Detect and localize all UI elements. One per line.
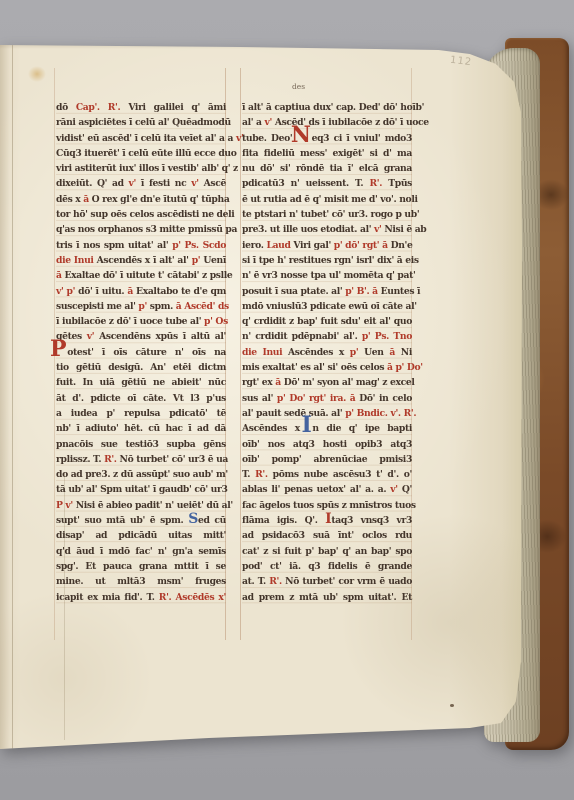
- text-segment: Nisi ē abieo padit' n' ueiēt' dū al': [76, 500, 233, 511]
- text-segment: cat' z si fuit p' bap' q' an bap' spo: [242, 546, 412, 557]
- text-column-left: dō Cap'. R'. Viri galilei q' āmirāni asp…: [56, 100, 226, 606]
- text-segment: O rex gl'e dn'e ītutū q' tūpha: [92, 194, 230, 205]
- text-segment: n die q' ipe bapti: [312, 423, 412, 434]
- text-segment: p' Ps. Scdo: [172, 240, 226, 251]
- text-segment: Laud: [266, 240, 293, 251]
- text-line: ī iubilacōe z dō' ī uoce tube al' p' Os: [56, 314, 226, 329]
- text-line: mine. ut mltā3 msm' fruges: [56, 574, 226, 589]
- text-line: mis exaltat' es al' si' oēs celos ā p' D…: [242, 360, 412, 375]
- text-segment: si ī tpe h' restitues rgn' isrl' dix' ā …: [242, 255, 419, 266]
- text-segment: R'.: [369, 178, 388, 189]
- text-line: P v' Nisi ē abieo padit' n' ueiēt' dū al…: [56, 498, 226, 513]
- text-segment: Ni: [401, 347, 412, 358]
- text-line: T. R'. pōms nube ascēsu3 t' d'. o': [242, 467, 412, 482]
- text-line: āt d'. pdicte oī cāte. Vt l3 p'us: [56, 391, 226, 406]
- ink-speck: [450, 704, 454, 707]
- text-segment: v': [191, 178, 203, 189]
- text-segment: v': [390, 484, 402, 495]
- text-segment: ī festi nc: [141, 178, 191, 189]
- text-segment: mine. ut mltā3 msm' fruges: [56, 576, 226, 587]
- text-segment: pōms nube ascēsu3 t' d'. o': [273, 469, 412, 480]
- text-segment: Nisi ē ab: [384, 224, 426, 235]
- text-segment: oīb' pomp' abrenūciae pmisi3: [242, 454, 412, 465]
- text-line: Potest' ī oīs cāture n' oīs na: [56, 345, 226, 360]
- photo-background: 112 des dō Cap'. R'. Viri galilei q' āmi…: [0, 0, 574, 800]
- text-line: ablas li' penas uetox' al' a. a. v' Q': [242, 482, 412, 497]
- text-segment: tor hō' sup oēs celos ascēdisti ne deli: [56, 209, 234, 220]
- text-line: rgt' ex ā Dō' m' syon al' mag' z excel: [242, 375, 412, 390]
- text-segment: Exaltabo te d'e qm: [136, 286, 226, 297]
- text-segment: icapit ex mia fid'. T.: [56, 592, 159, 603]
- text-line: viri astiterūt iux' illos ī vestib' alb'…: [56, 161, 226, 176]
- text-segment: Nō turbet' cor vrm ē uado: [285, 576, 412, 587]
- text-line: cat' z si fuit p' bap' q' an bap' spo: [242, 544, 412, 559]
- text-segment: nu dō' si' rōndē tia ī' elcā grana: [242, 163, 412, 174]
- text-segment: dō: [56, 102, 76, 113]
- manuscript-page: 112 des dō Cap'. R'. Viri galilei q' āmi…: [0, 42, 522, 750]
- text-segment: dixeiūt. Q' ad: [56, 178, 129, 189]
- text-segment: mis exaltat' es al' si' oēs celos: [242, 362, 387, 373]
- text-segment: Viri gal': [293, 240, 333, 251]
- text-segment: iero.: [242, 240, 266, 251]
- text-segment: vidist' eū ascēd' ī celū ita veīet al' a…: [56, 133, 236, 144]
- text-line: rāni aspiciētes ī celū al' Quēadmodū: [56, 115, 226, 130]
- text-segment: die Inui: [56, 255, 97, 266]
- text-segment: al' pauit sedē suā. al': [242, 408, 345, 419]
- text-line: vidist' eū ascēd' ī celū ita veīet al' a…: [56, 131, 226, 146]
- gutter-shadow: [0, 42, 13, 750]
- text-segment: ablas li' penas uetox' al' a. a.: [242, 484, 390, 495]
- text-line: suscepisti me al' p' spm. ā Ascēd' ds: [56, 299, 226, 314]
- text-line: ē ut rutia ad ē q' misit me d' vo'. noli: [242, 192, 412, 207]
- text-segment: Q': [402, 484, 412, 495]
- text-segment: dēs x: [56, 194, 83, 205]
- text-segment: do ad pre3. z dū assūpt' suo aub' m': [56, 469, 228, 480]
- text-segment: Dō' m' syon al' mag' z excel: [284, 377, 415, 388]
- text-line: dixeiūt. Q' ad v' ī festi nc v' Ascē: [56, 176, 226, 191]
- text-segment: sus al': [242, 393, 277, 404]
- text-segment: tris ī nos spm uitat' al': [56, 240, 172, 251]
- text-line: tor hō' sup oēs celos ascēdisti ne deli: [56, 207, 226, 222]
- text-segment: rgt' ex: [242, 377, 275, 388]
- text-segment: p' dō' rgt' ā: [334, 240, 391, 251]
- text-line: Cūq3 ituerēt' ī celū eūte illū ecce duo: [56, 146, 226, 161]
- text-line: v' p' dō' ī uitu. ā Exaltabo te d'e qm: [56, 284, 226, 299]
- text-segment: R'.: [269, 576, 285, 587]
- text-segment: Viri galilei q' āmi: [128, 102, 226, 113]
- text-segment: p': [192, 255, 204, 266]
- text-segment: p' Do' rgt' ira. ā: [277, 393, 359, 404]
- text-segment: spm.: [150, 301, 176, 312]
- text-line: a iudea p' repulsa pdicatō' tē: [56, 406, 226, 421]
- text-segment: ā Ascēd' ds: [176, 301, 229, 312]
- text-line: pdicatū3 n' ueissent. T. R'. Tpūs: [242, 176, 412, 191]
- text-line: n' ē vr3 nosse tpa ul' momēta q' pat': [242, 268, 412, 283]
- text-segment: oīb' nos atq3 hosti opib3 atq3: [242, 439, 412, 450]
- text-line: fuit. In uiā gētiū ne abieit' nūc: [56, 375, 226, 390]
- text-segment: v': [265, 117, 275, 128]
- text-line: Ascēndes x In die q' ipe bapti: [242, 421, 412, 436]
- illuminated-initial: I: [301, 419, 311, 432]
- text-segment: ā: [275, 377, 283, 388]
- text-line: ad prem z mtā ub' spm uitat'. Et: [242, 590, 412, 605]
- text-segment: pdicatū3 n' ueissent. T.: [242, 178, 369, 189]
- text-line: dēs x ā O rex gl'e dn'e ītutū q' tūpha: [56, 192, 226, 207]
- text-segment: ē ut rutia ad ē q' misit me d' vo'. noli: [242, 194, 418, 205]
- text-line: supt' suo mtā ub' ē spm. Sed cū: [56, 513, 226, 528]
- text-line: oīb' nos atq3 hosti opib3 atq3: [242, 437, 412, 452]
- text-segment: p': [138, 301, 149, 312]
- text-line: nu dō' si' rōndē tia ī' elcā grana: [242, 161, 412, 176]
- text-line: q'd āud ī mdō fac' n' gn'a semīs: [56, 544, 226, 559]
- text-line: rplissz. T. R'. Nō turbet' cō' ur3 ē ua: [56, 452, 226, 467]
- text-segment: p' Ps. Tno: [362, 331, 412, 342]
- text-line: fita fideliū mess' exigēt' si d' ma: [242, 146, 412, 161]
- text-line: al' pauit sedē suā. al' p' Bndic. v'. R'…: [242, 406, 412, 421]
- text-line: dō Cap'. R'. Viri galilei q' āmi: [56, 100, 226, 115]
- text-line: q' crdidit z bap' fuit sdu' eit al' quo: [242, 314, 412, 329]
- text-segment: tube. Deo': [242, 133, 297, 144]
- text-line: iero. Laud Viri gal' p' dō' rgt' ā Dn'e: [242, 238, 412, 253]
- text-segment: pnacōis sue testiō3 supba gēns: [56, 439, 226, 450]
- ruling-line-inner-right: [240, 68, 241, 640]
- text-line: flāma igis. Q'. Itaq3 vnsq3 vr3: [242, 513, 412, 528]
- text-line: te ptstari n' tubet' cō' ur3. rogo p ub': [242, 207, 412, 222]
- text-line: spg'. Et pauca grana mttit ī se: [56, 559, 226, 574]
- text-segment: āt d'. pdicte oī cāte. Vt l3 p'us: [56, 393, 226, 404]
- book: 112 des dō Cap'. R'. Viri galilei q' āmi…: [0, 0, 574, 800]
- text-segment: ā: [389, 347, 400, 358]
- text-segment: Euntes ī: [381, 286, 421, 297]
- text-segment: te ptstari n' tubet' cō' ur3. rogo p ub': [242, 209, 419, 220]
- text-line: ad psidacō3 suā īnt' oclos rdu: [242, 528, 412, 543]
- text-segment: p': [350, 347, 364, 358]
- text-segment: rplissz. T.: [56, 454, 104, 465]
- stain: [28, 66, 46, 82]
- text-segment: ad prem z mtā ub' spm uitat'. Et: [242, 592, 412, 603]
- text-line: pnacōis sue testiō3 supba gēns: [56, 437, 226, 452]
- text-line: ī alt' ā captiua dux' cap. Ded' dō' hoīb…: [242, 100, 412, 115]
- text-segment: eq3 ci ī vniul' mdo3: [312, 133, 412, 144]
- quire-signature: des: [292, 82, 305, 91]
- text-segment: ad psidacō3 suā īnt' oclos rdu: [242, 530, 412, 541]
- text-segment: ed cū: [198, 515, 226, 526]
- text-line: n' crdidit pdēpnabi' al'. p' Ps. Tno: [242, 329, 412, 344]
- text-segment: ā p' Do': [387, 362, 423, 373]
- text-segment: mdō vniuslū3 pdicate ewū oī cāte al': [242, 301, 417, 312]
- text-line: disap' ad pdicādū uitas mitt': [56, 528, 226, 543]
- text-line: tris ī nos spm uitat' al' p' Ps. Scdo: [56, 238, 226, 253]
- text-segment: dō' ī uitu.: [78, 286, 127, 297]
- text-line: tio gētiū desigū. An' etēi dictm: [56, 360, 226, 375]
- text-segment: v': [129, 178, 141, 189]
- text-segment: v': [374, 224, 384, 235]
- text-segment: ī iubilacōe z dō' ī uoce tube al': [56, 316, 204, 327]
- text-segment: T.: [242, 469, 255, 480]
- text-segment: q'as nos orphanos s3 mitte pmissū pa: [56, 224, 237, 235]
- text-segment: p' Os: [204, 316, 228, 327]
- text-segment: pod' ct' iā. q3 fidelis ē grande: [242, 561, 412, 572]
- text-segment: n' crdidit pdēpnabi' al'.: [242, 331, 362, 342]
- text-segment: tio gētiū desigū. An' etēi dictm: [56, 362, 226, 373]
- text-segment: Ascendēs x ī alt' al': [97, 255, 192, 266]
- text-segment: Ascēndes x: [288, 347, 350, 358]
- text-segment: a iudea p' repulsa pdicatō' tē: [56, 408, 226, 419]
- text-segment: tā ub' al' Spm uitat' ī gaudb' cō' ur3: [56, 484, 228, 495]
- text-segment: Ascendēns xpūs ī altū al': [99, 331, 226, 342]
- text-line: nb' ī adiuto' hēt. cū hac ī ad dā: [56, 421, 226, 436]
- text-segment: R'.: [255, 469, 273, 480]
- text-segment: R'.: [104, 454, 119, 465]
- text-line: oīb' pomp' abrenūciae pmisi3: [242, 452, 412, 467]
- text-segment: flāma igis. Q'.: [242, 515, 325, 526]
- text-line: sus al' p' Do' rgt' ira. ā Dō' in celo: [242, 391, 412, 406]
- text-line: si ī tpe h' restitues rgn' isrl' dix' ā …: [242, 253, 412, 268]
- text-segment: p' B'. ā: [345, 286, 380, 297]
- text-segment: Ascēndes x: [242, 423, 307, 434]
- text-segment: Exaltae dō' ī uitute t' cātabi' z pslle: [64, 270, 232, 281]
- illuminated-initial: P: [50, 343, 66, 356]
- text-segment: fac āgelos tuos spūs z mnīstros tuos: [242, 500, 416, 511]
- text-segment: nb' ī adiuto' hēt. cū hac ī ad dā: [56, 423, 226, 434]
- text-segment: pre3. ut ille uos etodiat. al': [242, 224, 374, 235]
- text-line: at. T. R'. Nō turbet' cor vrm ē uado: [242, 574, 412, 589]
- text-segment: p' Bndic. v'. R'.: [345, 408, 416, 419]
- text-column-right: ī alt' ā captiua dux' cap. Ded' dō' hoīb…: [242, 100, 412, 606]
- text-segment: q' crdidit z bap' fuit sdu' eit al' quo: [242, 316, 412, 327]
- text-segment: taq3 vnsq3 vr3: [331, 515, 412, 526]
- text-segment: n' ē vr3 nosse tpa ul' momēta q' pat': [242, 270, 415, 281]
- text-segment: P v': [56, 500, 76, 511]
- illuminated-initial: N: [291, 129, 311, 142]
- text-line: do ad pre3. z dū assūpt' suo aub' m': [56, 467, 226, 482]
- text-line: tā ub' al' Spm uitat' ī gaudb' cō' ur3: [56, 482, 226, 497]
- text-segment: spg'. Et pauca grana mttit ī se: [56, 561, 226, 572]
- text-segment: fuit. In uiā gētiū ne abieit' nūc: [56, 377, 226, 388]
- text-line: die Inui Ascendēs x ī alt' al' p' Uenī: [56, 253, 226, 268]
- text-line: ā Exaltae dō' ī uitute t' cātabi' z psll…: [56, 268, 226, 283]
- text-segment: v' p': [56, 286, 78, 297]
- text-line: die Inui Ascēndes x p' Uen ā Ni: [242, 345, 412, 360]
- text-segment: al' a: [242, 117, 265, 128]
- text-segment: posuit ī sua ptate. al': [242, 286, 345, 297]
- text-segment: viri astiterūt iux' illos ī vestib' alb'…: [56, 163, 238, 174]
- text-line: pod' ct' iā. q3 fidelis ē grande: [242, 559, 412, 574]
- text-segment: Dō' in celo: [359, 393, 412, 404]
- text-segment: disap' ad pdicādū uitas mitt': [56, 530, 226, 541]
- text-segment: rāni aspiciētes ī celū al' Quēadmodū: [56, 117, 231, 128]
- text-line: tube. Deo' Neq3 ci ī vniul' mdo3: [242, 131, 412, 146]
- text-segment: Dn'e: [391, 240, 413, 251]
- text-segment: Nō turbet' cō' ur3 ē ua: [120, 454, 229, 465]
- illuminated-initial: S: [188, 511, 198, 527]
- text-segment: otest' ī oīs cāture n' oīs na: [67, 347, 226, 358]
- text-segment: Tpūs: [388, 178, 412, 189]
- text-segment: fita fideliū mess' exigēt' si d' ma: [242, 148, 412, 159]
- text-segment: suscepisti me al': [56, 301, 138, 312]
- text-segment: q'd āud ī mdō fac' n' gn'a semīs: [56, 546, 226, 557]
- text-segment: v': [87, 331, 99, 342]
- text-line: icapit ex mia fid'. T. R'. Ascēdēs x': [56, 590, 226, 605]
- text-segment: Uenī: [203, 255, 226, 266]
- text-segment: R'. Ascēdēs x': [159, 592, 226, 603]
- folio-number: 112: [449, 55, 472, 69]
- text-line: posuit ī sua ptate. al' p' B'. ā Euntes …: [242, 284, 412, 299]
- text-segment: ī alt' ā captiua dux' cap. Ded' dō' hoīb…: [242, 102, 424, 113]
- text-line: al' a v' Ascēd' ds ī iubilacōe z dō' ī u…: [242, 115, 412, 130]
- text-segment: at. T.: [242, 576, 269, 587]
- text-segment: Ascē: [204, 178, 226, 189]
- text-segment: Cap'. R'.: [76, 102, 128, 113]
- text-line: pre3. ut ille uos etodiat. al' v' Nisi ē…: [242, 222, 412, 237]
- text-segment: die Inui: [242, 347, 288, 358]
- text-segment: ā: [83, 194, 91, 205]
- text-line: q'as nos orphanos s3 mitte pmissū pa: [56, 222, 226, 237]
- text-line: mdō vniuslū3 pdicate ewū oī cāte al': [242, 299, 412, 314]
- text-segment: Uen: [364, 347, 389, 358]
- text-line: gētes v' Ascendēns xpūs ī altū al': [56, 329, 226, 344]
- text-segment: Cūq3 ituerēt' ī celū eūte illū ecce duo: [56, 148, 237, 159]
- text-segment: supt' suo mtā ub' ē spm.: [56, 515, 188, 526]
- text-segment: ā: [127, 286, 136, 297]
